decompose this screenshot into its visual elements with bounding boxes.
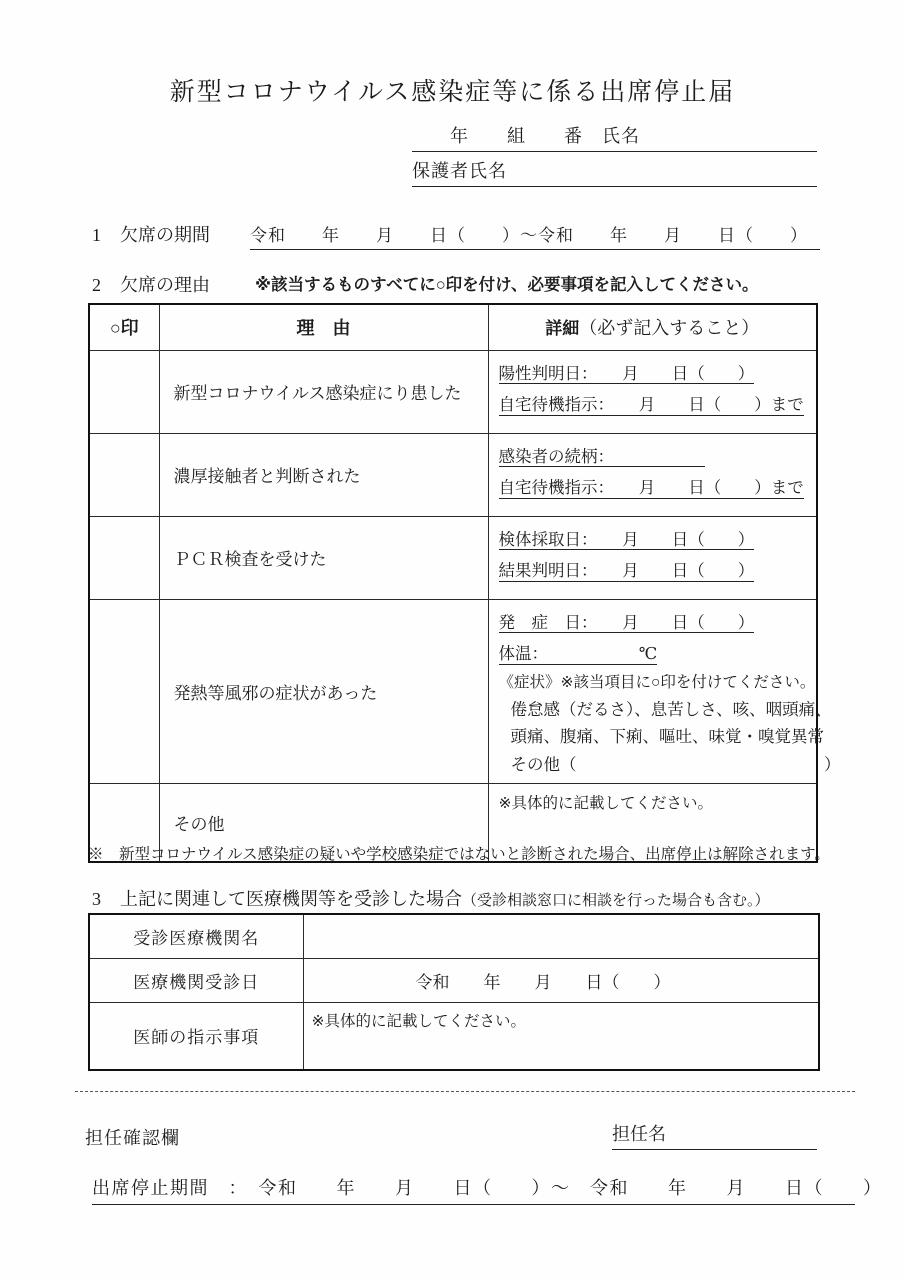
- reason-table: ○印 理 由 詳細（必ず記入すること） 新型コロナウイルス感染症にり患した 陽性…: [88, 303, 818, 863]
- medical-institution-label: 受診医療機関名: [89, 914, 303, 958]
- header-mark-column: ○印: [89, 304, 159, 350]
- symptoms-instruction: 《症状》※該当項目に○印を付けてください。: [499, 671, 811, 695]
- table-row: 発熱等風邪の症状があった 発 症 日： 月 日（ ） 体温： ℃ 《症状》※該当…: [89, 599, 817, 784]
- reason-close-contact: 濃厚接触者と判断された: [159, 433, 488, 516]
- suspension-period-field: 出席停止期間 ： 令和 年 月 日（ ）～ 令和 年 月 日（ ）: [92, 1174, 855, 1205]
- table-row: 医師の指示事項 ※具体的に記載してください。: [89, 1002, 819, 1070]
- section1-heading: 1欠席の期間: [92, 221, 210, 247]
- mark-cell-covid: [89, 350, 159, 433]
- onset-date-field: 発 症 日： 月 日（ ）: [499, 615, 755, 634]
- suspension-period-line: 出席停止期間 ： 令和 年 月 日（ ）～ 令和 年 月 日（ ）: [92, 1174, 855, 1205]
- symptoms-list-1: 倦怠感（だるさ）、息苦しさ、咳、咽頭痛、: [499, 697, 811, 723]
- header-detail-column: 詳細（必ず記入すること）: [488, 304, 817, 350]
- attendance-suspension-form: 新型コロナウイルス感染症等に係る出席停止届 年 組 番 氏名 保護者氏名 1欠席…: [0, 0, 905, 1280]
- section1-label: 欠席の期間: [120, 225, 210, 245]
- doctor-instructions-field: ※具体的に記載してください。: [303, 1002, 819, 1070]
- body-temp-field: 体温： ℃: [499, 646, 658, 665]
- header-detail-note: （必ず記入すること）: [579, 318, 759, 338]
- section2-label: 欠席の理由: [120, 275, 210, 295]
- medical-table: 受診医療機関名 医療機関受診日 令和 年 月 日（ ） 医師の指示事項 ※具体的…: [88, 913, 820, 1071]
- sample-date-field: 検体採取日： 月 日（ ）: [499, 532, 755, 551]
- visit-date-field: 令和 年 月 日（ ）: [303, 958, 819, 1002]
- positive-date-field: 陽性判明日： 月 日（ ）: [499, 366, 755, 385]
- header-reason-column: 理 由: [159, 304, 488, 350]
- section2-instruction: ※該当するものすべてに○印を付け、必要事項を記入してください。: [255, 271, 759, 295]
- visit-date-label: 医療機関受診日: [89, 958, 303, 1002]
- section3-heading: 3上記に関連して医療機関等を受診した場合（受診相談窓口に相談を行った場合も含む。…: [92, 885, 770, 911]
- medical-institution-field: [303, 914, 819, 958]
- mark-cell-pcr: [89, 516, 159, 599]
- table-row: 新型コロナウイルス感染症にり患した 陽性判明日： 月 日（ ） 自宅待機指示： …: [89, 350, 817, 433]
- section3-label: 上記に関連して医療機関等を受診した場合: [120, 889, 462, 909]
- reason-covid-infected: 新型コロナウイルス感染症にり患した: [159, 350, 488, 433]
- teacher-name-field: 担任名: [612, 1120, 817, 1150]
- result-date-field: 結果判明日： 月 日（ ）: [499, 563, 755, 582]
- section1-number: 1: [92, 225, 120, 246]
- home-standby-field: 自宅待機指示： 月 日（ ）まで: [499, 397, 804, 416]
- reason-table-header-row: ○印 理 由 詳細（必ず記入すること）: [89, 304, 817, 350]
- other-instruction: ※具体的に記載してください。: [499, 792, 811, 816]
- doctor-instructions-note: ※具体的に記載してください。: [312, 1013, 527, 1030]
- guardian-name-field: 保護者氏名: [412, 157, 817, 187]
- detail-close-contact: 感染者の続柄： 自宅待機指示： 月 日（ ）まで: [488, 433, 817, 516]
- reason-pcr-test: ＰＣＲ検査を受けた: [159, 516, 488, 599]
- detail-fever-symptoms: 発 症 日： 月 日（ ） 体温： ℃ 《症状》※該当項目に○印を付けてください…: [488, 599, 817, 784]
- detail-covid-infected: 陽性判明日： 月 日（ ） 自宅待機指示： 月 日（ ）まで: [488, 350, 817, 433]
- section2-heading: 2欠席の理由: [92, 271, 210, 297]
- table-row: ＰＣＲ検査を受けた 検体採取日： 月 日（ ） 結果判明日： 月 日（ ）: [89, 516, 817, 599]
- student-identity-field: 年 組 番 氏名: [412, 122, 817, 152]
- teacher-name-line: 担任名: [612, 1120, 817, 1150]
- absence-period-line: 令和 年 月 日（ ）～令和 年 月 日（ ）: [250, 221, 820, 250]
- symptoms-list-2: 頭痛、腹痛、下痢、嘔吐、味覚・嗅覚異常: [499, 724, 811, 750]
- table-row: 医療機関受診日 令和 年 月 日（ ）: [89, 958, 819, 1002]
- teacher-check-label: 担任確認欄: [85, 1124, 180, 1150]
- symptoms-other-field: その他（ ）: [499, 752, 811, 778]
- table-footnote: ※ 新型コロナウイルス感染症の疑いや学校感染症ではないと診断された場合、出席停止…: [88, 842, 830, 864]
- table-row: 濃厚接触者と判断された 感染者の続柄： 自宅待機指示： 月 日（ ）まで: [89, 433, 817, 516]
- guardian-name-line: 保護者氏名: [412, 157, 817, 187]
- infected-relation-field: 感染者の続柄：: [499, 449, 705, 468]
- reason-fever-symptoms: 発熱等風邪の症状があった: [159, 599, 488, 784]
- section3-note: （受診相談窓口に相談を行った場合も含む。）: [462, 893, 770, 909]
- form-title: 新型コロナウイルス感染症等に係る出席停止届: [0, 72, 905, 108]
- student-identity-line: 年 組 番 氏名: [412, 122, 817, 152]
- section2-number: 2: [92, 275, 120, 296]
- home-standby-field: 自宅待機指示： 月 日（ ）まで: [499, 480, 804, 499]
- header-detail-bold: 詳細: [545, 319, 579, 338]
- doctor-instructions-label: 医師の指示事項: [89, 1002, 303, 1070]
- absence-period-field: 令和 年 月 日（ ）～令和 年 月 日（ ）: [250, 221, 820, 250]
- mark-cell-close-contact: [89, 433, 159, 516]
- mark-cell-fever: [89, 599, 159, 784]
- table-row: 受診医療機関名: [89, 914, 819, 958]
- cut-line-separator: [75, 1091, 855, 1092]
- detail-pcr-test: 検体採取日： 月 日（ ） 結果判明日： 月 日（ ）: [488, 516, 817, 599]
- section3-number: 3: [92, 889, 120, 910]
